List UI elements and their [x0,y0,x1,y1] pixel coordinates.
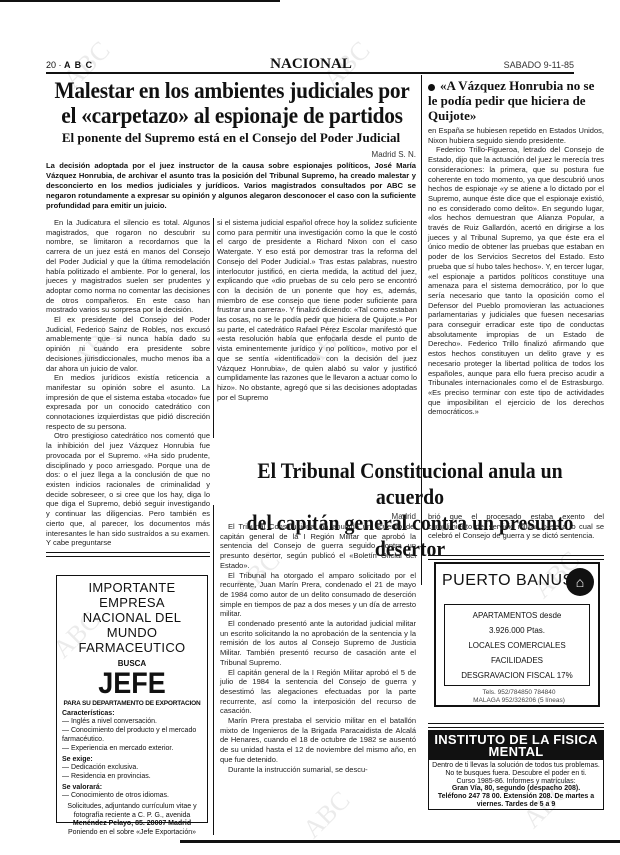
section-title: NACIONAL [246,56,376,73]
ad-section-title: Se exige: [62,756,202,763]
ad-pharma-job: IMPORTANTE EMPRESA NACIONAL DEL MUNDO FA… [56,575,208,823]
column-divider [421,515,422,585]
main-headline: Malestar en los ambientes judiciales por… [46,78,418,128]
ad-list-item: — Conocimiento de otros idiomas. [62,791,202,800]
ad-body: Dentro de ti llevas la solución de todos… [429,760,603,811]
paragraph: El Tribunal Constitucional ha anulado un… [220,522,416,571]
main-subheadline: El ponente del Supremo está en el Consej… [46,130,416,146]
bullet-icon [428,84,435,91]
page-number: 20 [46,60,56,70]
second-byline: Madrid [300,512,416,521]
top-rule [0,0,280,2]
ad-title: INSTITUTO DE LA FISICA MENTAL [429,731,603,760]
publication-name: A B C [64,60,93,70]
ad-divider [428,723,604,728]
ad-section-title: Características: [62,710,202,717]
column-divider [213,218,214,438]
ad-divider [46,552,210,557]
ad-divider [428,555,604,560]
column-divider [213,505,214,835]
paragraph: En medios jurídicos existía reticencia a… [46,373,210,431]
paragraph: Marín Prera prestaba el servicio militar… [220,716,416,765]
paragraph: en España se hubiesen repetido en Estado… [428,126,604,145]
ad-list-item: — Dedicación exclusiva. [62,763,202,772]
paragraph: El condenado presentó ante la autoridad … [220,619,416,668]
main-column-1: En la Judicatura el silencio es total. A… [46,218,210,548]
issue-date: SABADO 9-11-85 [504,60,574,70]
paragraph: brió que el procesado estaba exento del … [428,512,604,541]
side-column: en España se hubiesen repetido en Estado… [428,126,604,417]
column-divider [421,75,422,520]
page-folio: 20 · A B C [46,60,93,70]
paragraph: Otro prestigioso catedrático nos comentó… [46,431,210,547]
ad-phones: Tels. 952/784850 784840 MALAGA 952/32620… [446,689,592,705]
ad-list-item: — Inglés a nivel conversación. [62,717,202,726]
main-column-2: si el sistema judicial español ofrece ho… [217,218,417,402]
ad-offer-box: APARTAMENTOS desde 3.926.000 Ptas. LOCAL… [444,604,590,686]
bottom-rule [180,840,620,843]
house-logo-icon: ⌂ [566,568,594,596]
main-byline: Madrid S. N. [300,150,416,159]
main-lede: La decisión adoptada por el juez instruc… [46,161,416,211]
paragraph: En la Judicatura el silencio es total. A… [46,218,210,315]
second-column-1: El Tribunal Constitucional ha anulado un… [220,522,416,774]
ad-department: PARA SU DEPARTAMENTO DE EXPORTACION [62,700,202,707]
ad-list-item: — Conocimiento del producto y el mercado… [62,726,202,744]
ad-list-item: — Experiencia en mercado exterior. [62,744,202,753]
ad-title: IMPORTANTE EMPRESA NACIONAL DEL MUNDO FA… [62,580,202,655]
ad-contact: Solicitudes, adjuntando currículum vitae… [62,803,202,837]
watermark: ABC [297,785,356,844]
side-headline: «A Vázquez Honrubia no se le podía pedir… [428,78,604,123]
paragraph: si el sistema judicial español ofrece ho… [217,218,417,402]
paragraph: El ex presidente del Consejo del Poder J… [46,315,210,373]
paragraph: Durante la instrucción sumarial, se desc… [220,765,416,775]
paragraph: El capitán general de la I Región Milita… [220,668,416,717]
ad-puerto-banus: PUERTO BANUS ⌂ APARTAMENTOS desde 3.926.… [434,562,600,707]
ad-list-item: — Residencia en provincias. [62,772,202,781]
ad-position: JEFE [69,668,195,700]
ad-section-title: Se valorará: [62,784,202,791]
ad-instituto-fisica-mental: INSTITUTO DE LA FISICA MENTAL Dentro de … [428,730,604,810]
ad-brand: PUERTO BANUS [442,572,574,590]
second-column-2: brió que el procesado estaba exento del … [428,512,604,541]
paragraph: El Tribunal ha otorgado el amparo solici… [220,571,416,620]
paragraph: Federico Trillo-Figueroa, letrado del Co… [428,145,604,417]
page-header: 20 · A B C NACIONAL SABADO 9-11-85 [46,58,574,74]
